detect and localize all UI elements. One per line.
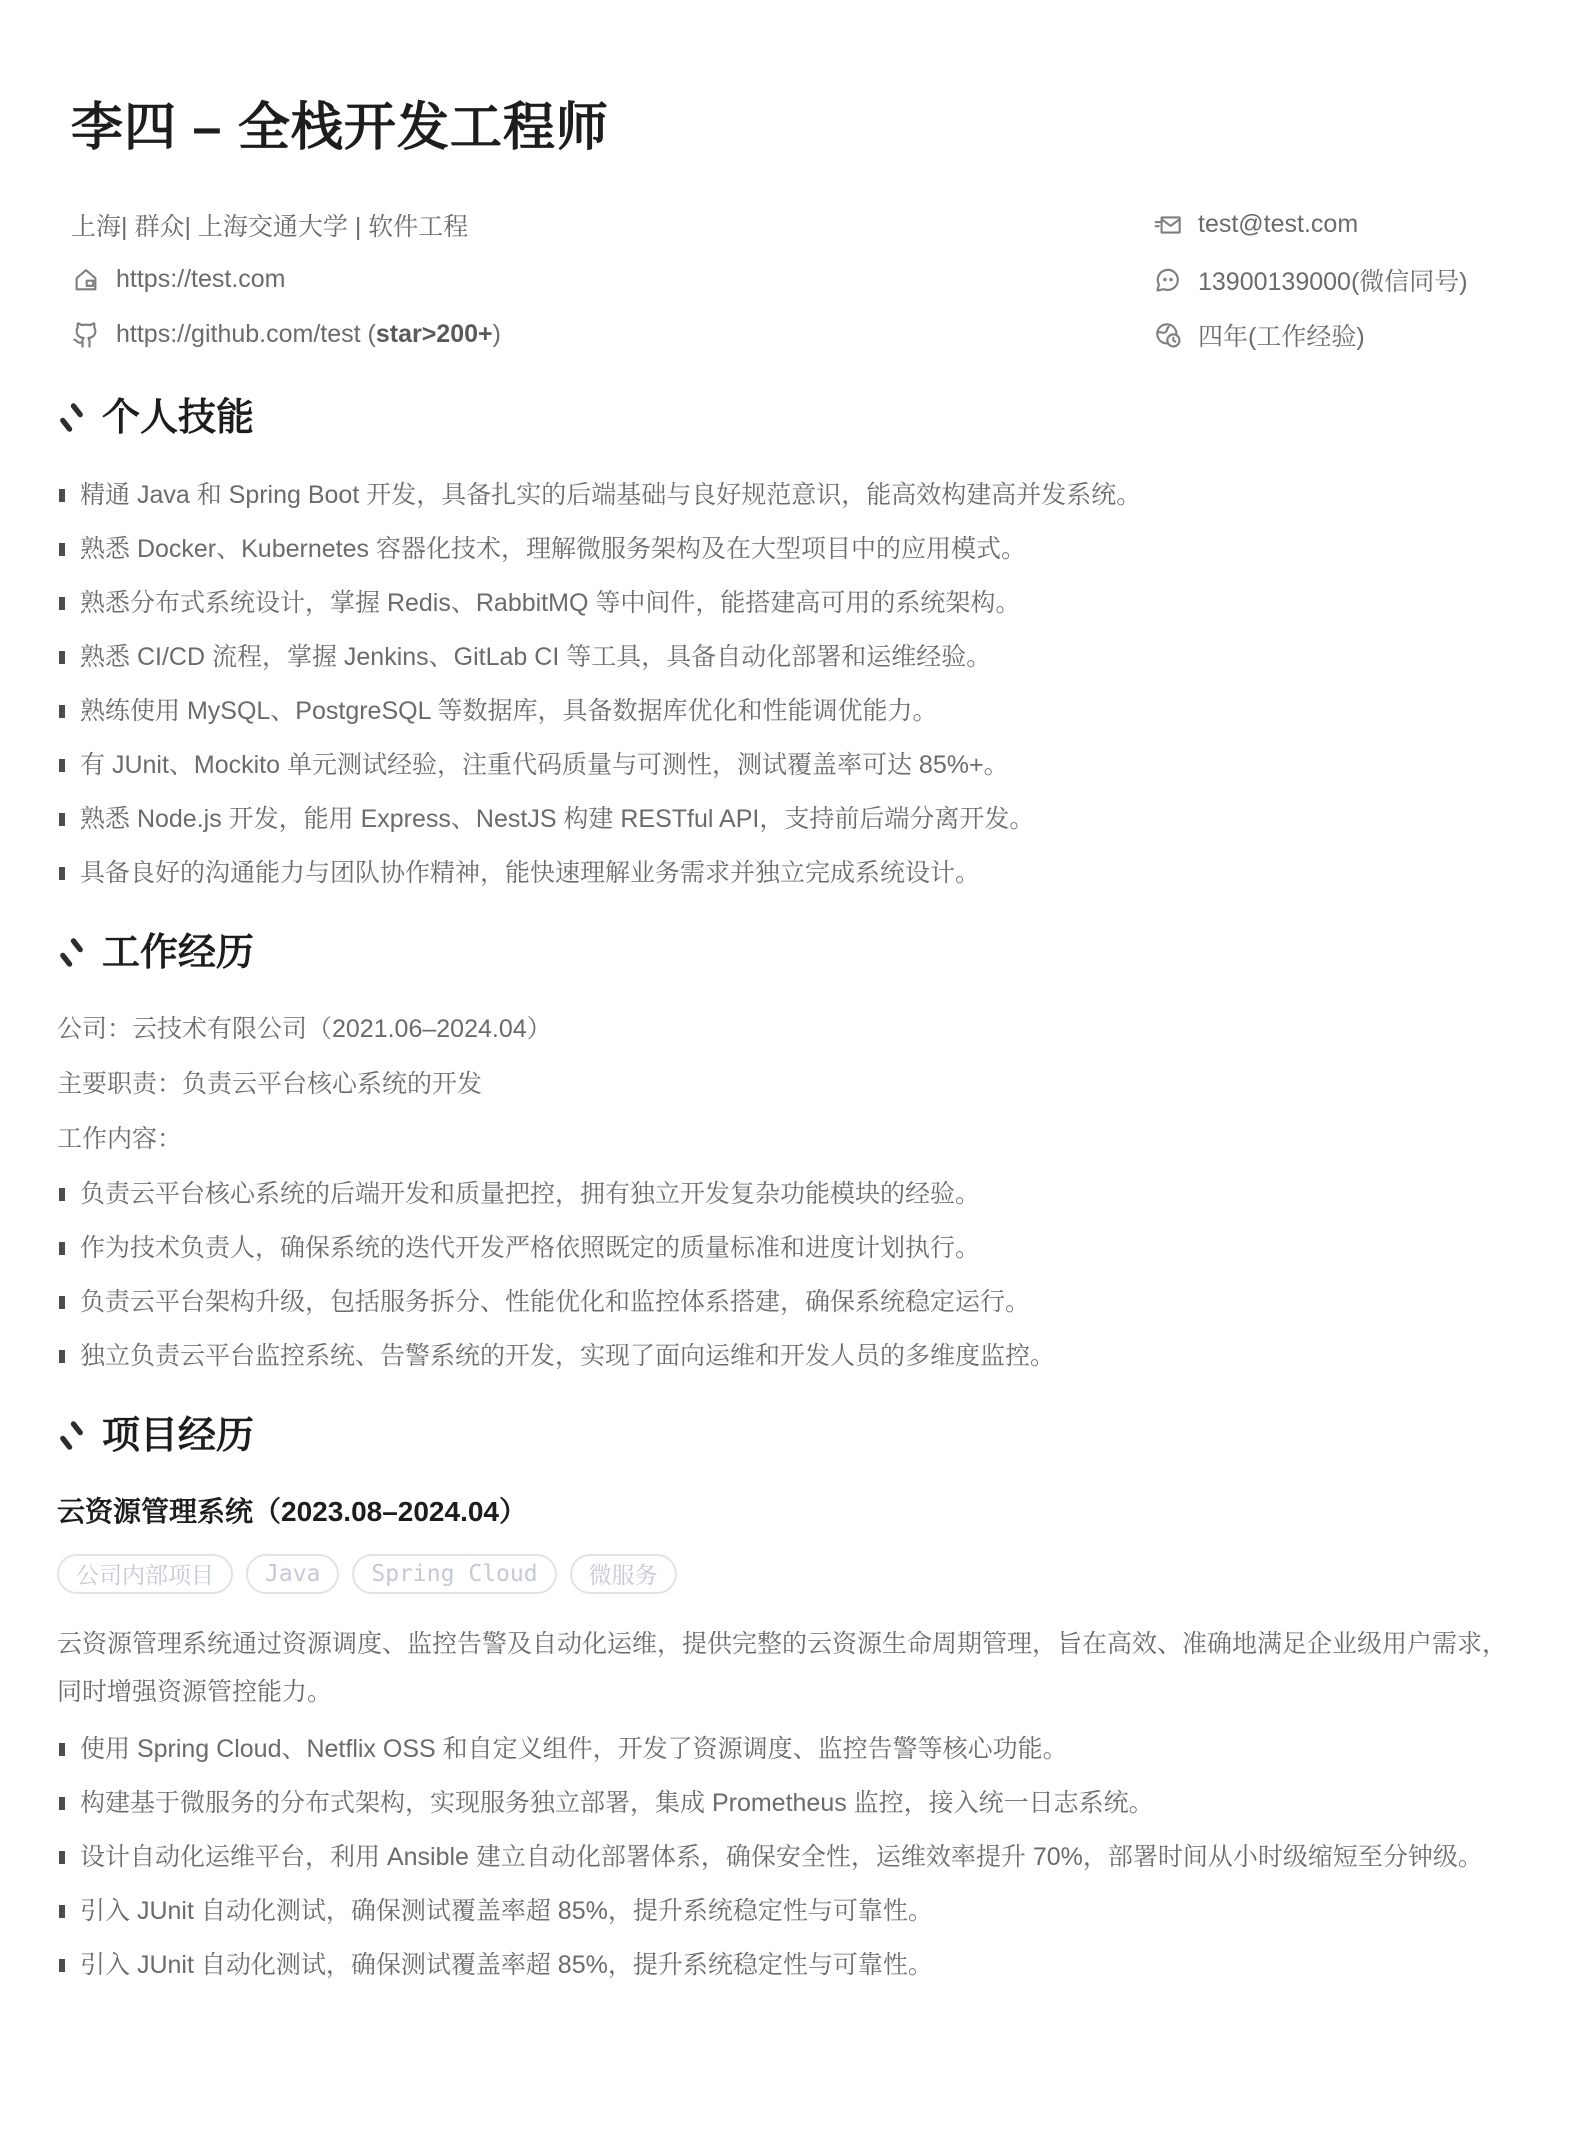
github-url-close: ): [493, 320, 501, 348]
project-title: 云资源管理系统（2023.08–2024.04）: [57, 1490, 1531, 1530]
project-detail-item: 引入 JUnit 自动化测试，确保测试覆盖率超 85%，提升系统稳定性与可靠性。: [57, 1888, 1531, 1935]
skills-list: 精通 Java 和 Spring Boot 开发，具备扎实的后端基础与良好规范意…: [57, 472, 1531, 897]
email-link[interactable]: test@test.com: [1198, 210, 1358, 239]
work-heading: 工作经历: [102, 931, 254, 977]
github-icon: [71, 320, 101, 350]
chat-icon: [1153, 265, 1183, 295]
skills-heading: 个人技能: [102, 396, 254, 442]
page-title: 李四 – 全栈开发工程师: [71, 96, 1531, 161]
github-row: https://github.com/test (star>200+): [71, 307, 501, 362]
skill-item: 熟悉 CI/CD 流程，掌握 Jenkins、GitLab CI 等工具，具备自…: [57, 634, 1531, 681]
work-duty-item: 作为技术负责人，确保系统的迭代开发严格依照既定的质量标准和进度计划执行。: [57, 1225, 1531, 1272]
project-detail-item: 使用 Spring Cloud、Netflix OSS 和自定义组件，开发了资源…: [57, 1726, 1531, 1773]
skill-item: 熟悉分布式系统设计，掌握 Redis、RabbitMQ 等中间件，能搭建高可用的…: [57, 580, 1531, 627]
profile-summary-row: 上海| 群众| 上海交通大学 | 软件工程: [71, 197, 501, 252]
phone-number: 13900139000(微信同号): [1198, 262, 1468, 298]
project-tag: 微服务: [570, 1554, 677, 1594]
company-line: 公司：云技术有限公司（2021.06–2024.04）: [57, 1006, 1531, 1053]
globe-clock-icon: [1153, 320, 1183, 350]
project-detail-item: 构建基于微服务的分布式架构，实现服务独立部署，集成 Prometheus 监控，…: [57, 1780, 1531, 1827]
skill-item: 熟悉 Docker、Kubernetes 容器化技术，理解微服务架构及在大型项目…: [57, 526, 1531, 573]
mail-icon: [1153, 210, 1183, 240]
role-line: 主要职责：负责云平台核心系统的开发: [57, 1061, 1531, 1108]
contact-section: 上海| 群众| 上海交通大学 | 软件工程 https://test.com: [71, 197, 1531, 362]
work-content-label: 工作内容：: [57, 1116, 1531, 1163]
section-projects: 项目经历 云资源管理系统（2023.08–2024.04） 公司内部项目 Jav…: [57, 1414, 1531, 1989]
contact-right-column: test@test.com 13900139000(微信同号): [1153, 197, 1531, 362]
contact-left-column: 上海| 群众| 上海交通大学 | 软件工程 https://test.com: [71, 197, 501, 362]
skill-item: 熟悉 Node.js 开发，能用 Express、NestJS 构建 RESTf…: [57, 796, 1531, 843]
project-description: 云资源管理系统通过资源调度、监控告警及自动化运维，提供完整的云资源生命周期管理，…: [57, 1620, 1531, 1716]
work-heading-row: 工作经历: [57, 931, 1531, 977]
skill-item: 精通 Java 和 Spring Boot 开发，具备扎实的后端基础与良好规范意…: [57, 472, 1531, 519]
profile-summary: 上海| 群众| 上海交通大学 | 软件工程: [71, 207, 468, 243]
github-link[interactable]: https://github.com/test (star>200+): [116, 320, 501, 349]
website-row: https://test.com: [71, 252, 501, 307]
home-icon: [71, 265, 101, 295]
email-row: test@test.com: [1153, 197, 1531, 252]
experience-row: 四年(工作经验): [1153, 307, 1531, 362]
section-work-experience: 工作经历 公司：云技术有限公司（2021.06–2024.04） 主要职责：负责…: [57, 931, 1531, 1381]
skill-item: 熟练使用 MySQL、PostgreSQL 等数据库，具备数据库优化和性能调优能…: [57, 688, 1531, 735]
github-star-count: star>200+: [376, 320, 493, 348]
github-url: https://github.com/test (: [116, 320, 376, 348]
section-skills: 个人技能 精通 Java 和 Spring Boot 开发，具备扎实的后端基础与…: [57, 396, 1531, 897]
resume-page: 李四 – 全栈开发工程师 上海| 群众| 上海交通大学 | 软件工程 https…: [0, 0, 1588, 2140]
skill-item: 具备良好的沟通能力与团队协作精神，能快速理解业务需求并独立完成系统设计。: [57, 850, 1531, 897]
double-slash-icon: [57, 936, 86, 971]
project-detail-list: 使用 Spring Cloud、Netflix OSS 和自定义组件，开发了资源…: [57, 1726, 1531, 1989]
projects-heading-row: 项目经历: [57, 1414, 1531, 1460]
project-tag: Spring Cloud: [352, 1554, 556, 1594]
double-slash-icon: [57, 401, 86, 436]
projects-heading: 项目经历: [102, 1414, 254, 1460]
project-tags: 公司内部项目 Java Spring Cloud 微服务: [57, 1554, 1531, 1594]
skills-heading-row: 个人技能: [57, 396, 1531, 442]
work-duty-item: 独立负责云平台监控系统、告警系统的开发，实现了面向运维和开发人员的多维度监控。: [57, 1333, 1531, 1380]
project-detail-item: 设计自动化运维平台，利用 Ansible 建立自动化部署体系，确保安全性，运维效…: [57, 1834, 1531, 1881]
project-detail-item: 引入 JUnit 自动化测试，确保测试覆盖率超 85%，提升系统稳定性与可靠性。: [57, 1942, 1531, 1989]
double-slash-icon: [57, 1419, 86, 1454]
work-duty-list: 负责云平台核心系统的后端开发和质量把控，拥有独立开发复杂功能模块的经验。 作为技…: [57, 1171, 1531, 1380]
skill-item: 有 JUnit、Mockito 单元测试经验，注重代码质量与可测性，测试覆盖率可…: [57, 742, 1531, 789]
website-link[interactable]: https://test.com: [116, 265, 286, 294]
phone-row: 13900139000(微信同号): [1153, 252, 1531, 307]
project-tag: Java: [246, 1554, 339, 1594]
project-tag: 公司内部项目: [57, 1554, 233, 1594]
work-duty-item: 负责云平台核心系统的后端开发和质量把控，拥有独立开发复杂功能模块的经验。: [57, 1171, 1531, 1218]
work-duty-item: 负责云平台架构升级，包括服务拆分、性能优化和监控体系搭建，确保系统稳定运行。: [57, 1279, 1531, 1326]
experience-years: 四年(工作经验): [1198, 317, 1365, 353]
